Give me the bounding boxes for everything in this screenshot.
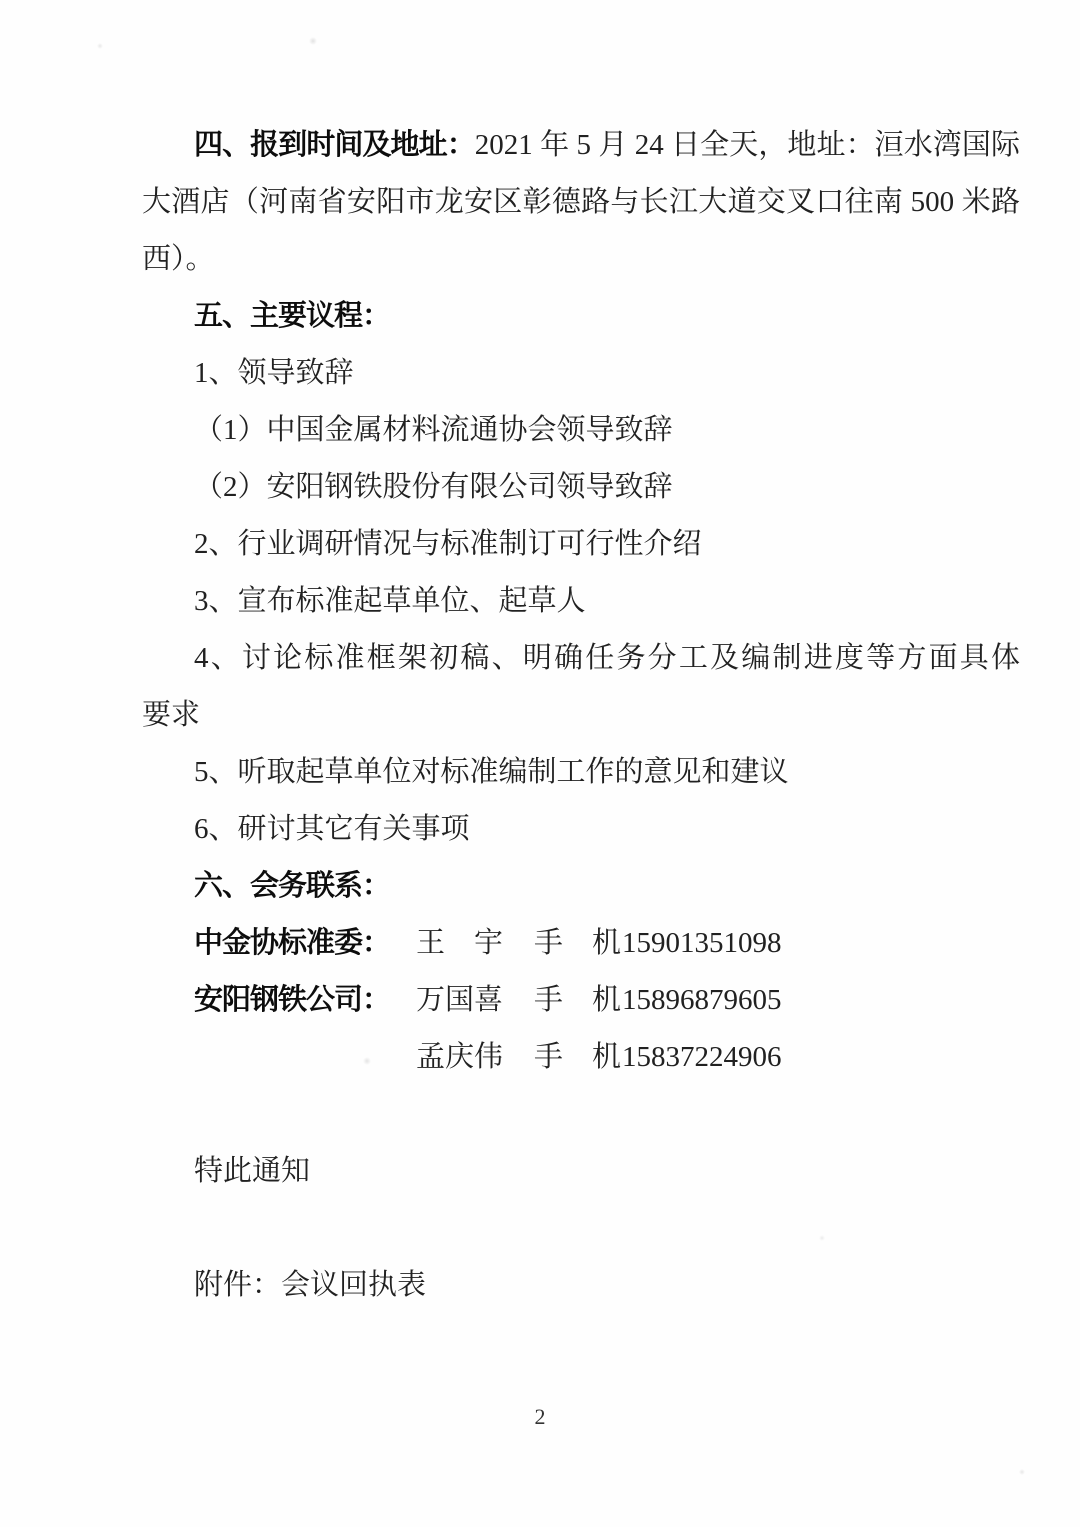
contact-phone-number: 15896879605	[622, 972, 782, 1029]
contact-row: 安阳钢铁公司：万国喜手 机15896879605	[142, 972, 1020, 1029]
contact-phone-number: 15901351098	[622, 915, 782, 972]
section6-heading-line: 六、会务联系：	[142, 858, 1020, 915]
contact-org: 安阳钢铁公司：	[194, 972, 416, 1029]
document-body: 四、报到时间及地址：2021 年 5 月 24 日全天，地址：洹水湾国际 大酒店…	[0, 0, 1080, 1314]
agenda-item-1-1: （1）中国金属材料流通协会领导致辞	[142, 402, 1020, 459]
agenda-item-6: 6、研讨其它有关事项	[142, 801, 1020, 858]
section4-line2: 大酒店（河南省安阳市龙安区彰德路与长江大道交叉口往南 500 米路	[142, 174, 1020, 231]
agenda-item-4: 4、讨论标准框架初稿、明确任务分工及编制进度等方面具体	[142, 630, 1020, 687]
contact-name: 孟庆伟	[416, 1029, 534, 1086]
agenda-item-2: 2、行业调研情况与标准制订可行性介绍	[142, 516, 1020, 573]
contact-row: 孟庆伟手 机15837224906	[142, 1029, 1020, 1086]
attachment-text: 附件：会议回执表	[142, 1257, 1020, 1314]
contact-phone-label: 手 机	[534, 915, 622, 972]
contact-phone-label: 手 机	[534, 1029, 622, 1086]
section6-heading: 六、会务联系：	[194, 870, 390, 902]
contact-row: 中金协标准委：王 宇手 机15901351098	[142, 915, 1020, 972]
agenda-item-1-2: （2）安阳钢铁股份有限公司领导致辞	[142, 459, 1020, 516]
agenda-item-3: 3、宣布标准起草单位、起草人	[142, 573, 1020, 630]
agenda-item-1: 1、领导致辞	[142, 345, 1020, 402]
contact-phone-label: 手 机	[534, 972, 622, 1029]
contact-name: 万国喜	[416, 972, 534, 1029]
contact-org: 中金协标准委：	[194, 915, 416, 972]
page-number: 2	[0, 1402, 1080, 1432]
closing-text: 特此通知	[142, 1143, 1020, 1200]
contact-name: 王 宇	[416, 915, 534, 972]
section5-heading-line: 五、主要议程：	[142, 288, 1020, 345]
section4-line3: 西）。	[142, 231, 1020, 288]
section5-heading: 五、主要议程：	[194, 300, 390, 332]
contact-phone-number: 15837224906	[622, 1029, 782, 1086]
agenda-item-5: 5、听取起草单位对标准编制工作的意见和建议	[142, 744, 1020, 801]
section4-heading: 四、报到时间及地址：	[194, 129, 475, 161]
document-page: 四、报到时间及地址：2021 年 5 月 24 日全天，地址：洹水湾国际 大酒店…	[0, 0, 1080, 1527]
agenda-item-4-continuation: 要求	[142, 687, 1020, 744]
section4-line1: 四、报到时间及地址：2021 年 5 月 24 日全天，地址：洹水湾国际	[142, 117, 1020, 174]
section4-line1-rest: 2021 年 5 月 24 日全天，地址：洹水湾国际	[475, 129, 1020, 161]
